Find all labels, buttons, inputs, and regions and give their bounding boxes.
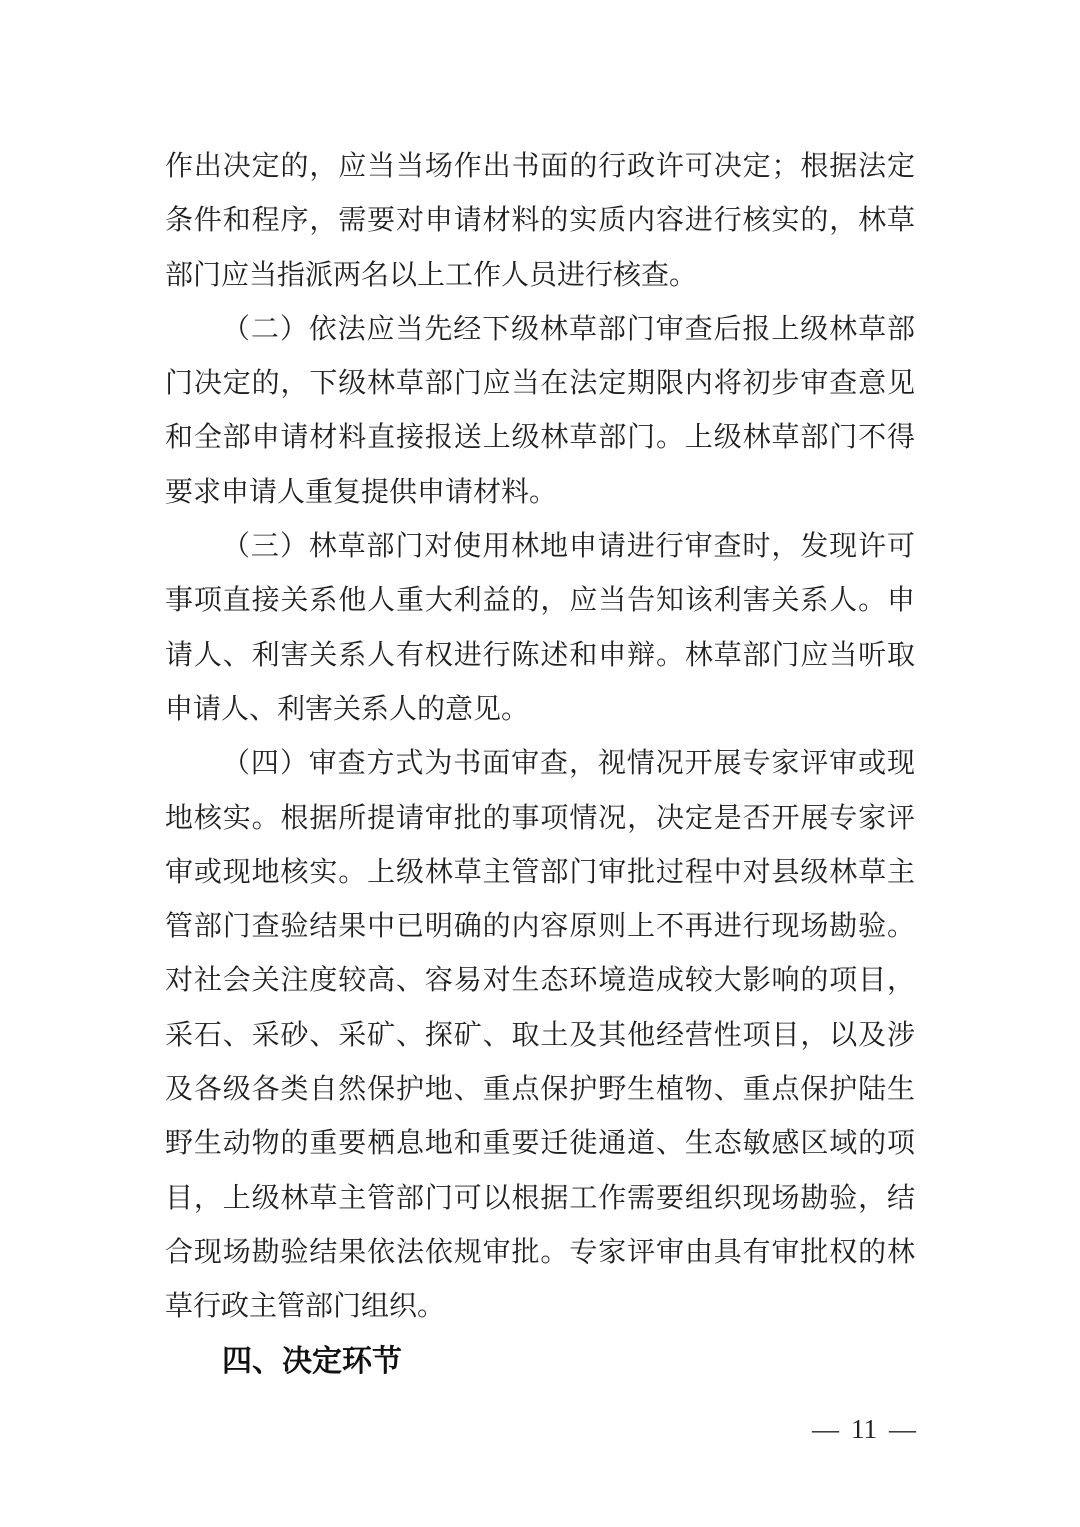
text-line: 及各级各类自然保护地、重点保护野生植物、重点保护陆生 <box>165 1063 915 1117</box>
document-body: 作出决定的，应当当场作出书面的行政许可决定；根据法定条件和程序，需要对申请材料的… <box>165 140 915 1389</box>
text-line: 地核实。根据所提请审批的事项情况，决定是否开展专家评 <box>165 792 915 846</box>
text-line: 野生动物的重要栖息地和重要迁徙通道、生态敏感区域的项 <box>165 1117 915 1171</box>
text-line: （二）依法应当先经下级林草部门审查后报上级林草部 <box>165 303 915 357</box>
text-line: 和全部申请材料直接报送上级林草部门。上级林草部门不得 <box>165 411 915 465</box>
text-line: 合现场勘验结果依法依规审批。专家评审由具有审批权的林 <box>165 1226 915 1280</box>
text-line: 目，上级林草主管部门可以根据工作需要组织现场勘验，结 <box>165 1172 915 1226</box>
footer-dash-left: — <box>812 1414 839 1444</box>
text-line: 管部门查验结果中已明确的内容原则上不再进行现场勘验。 <box>165 900 915 954</box>
text-line: 事项直接关系他人重大利益的，应当告知该利害关系人。申 <box>165 574 915 628</box>
text-line: 审或现地核实。上级林草主管部门审批过程中对县级林草主 <box>165 846 915 900</box>
text-line: 作出决定的，应当当场作出书面的行政许可决定；根据法定 <box>165 140 915 194</box>
section-heading: 四、决定环节 <box>165 1335 915 1389</box>
paragraph: 作出决定的，应当当场作出书面的行政许可决定；根据法定条件和程序，需要对申请材料的… <box>165 140 915 303</box>
text-line: 请人、利害关系人有权进行陈述和申辩。林草部门应当听取 <box>165 629 915 683</box>
text-line: 门决定的，下级林草部门应当在法定期限内将初步审查意见 <box>165 357 915 411</box>
page-number: 11 <box>851 1414 877 1444</box>
text-line: 对社会关注度较高、容易对生态环境造成较大影响的项目， <box>165 954 915 1008</box>
text-line: （三）林草部门对使用林地申请进行审查时，发现许可 <box>165 520 915 574</box>
text-line: 申请人、利害关系人的意见。 <box>165 683 915 737</box>
text-line: 草行政主管部门组织。 <box>165 1280 915 1334</box>
paragraph: （三）林草部门对使用林地申请进行审查时，发现许可事项直接关系他人重大利益的，应当… <box>165 520 915 737</box>
text-line: 四、决定环节 <box>165 1335 915 1389</box>
text-line: （四）审查方式为书面审查，视情况开展专家评审或现 <box>165 737 915 791</box>
text-line: 条件和程序，需要对申请材料的实质内容进行核实的，林草 <box>165 194 915 248</box>
text-line: 要求申请人重复提供申请材料。 <box>165 466 915 520</box>
paragraph: （二）依法应当先经下级林草部门审查后报上级林草部门决定的，下级林草部门应当在法定… <box>165 303 915 520</box>
text-line: 采石、采砂、采矿、探矿、取土及其他经营性项目，以及涉 <box>165 1009 915 1063</box>
text-line: 部门应当指派两名以上工作人员进行核查。 <box>165 249 915 303</box>
document-page: 作出决定的，应当当场作出书面的行政许可决定；根据法定条件和程序，需要对申请材料的… <box>0 0 1080 1527</box>
page-footer: —11— <box>812 1413 916 1445</box>
paragraph: （四）审查方式为书面审查，视情况开展专家评审或现地核实。根据所提请审批的事项情况… <box>165 737 915 1334</box>
footer-dash-right: — <box>889 1414 916 1444</box>
